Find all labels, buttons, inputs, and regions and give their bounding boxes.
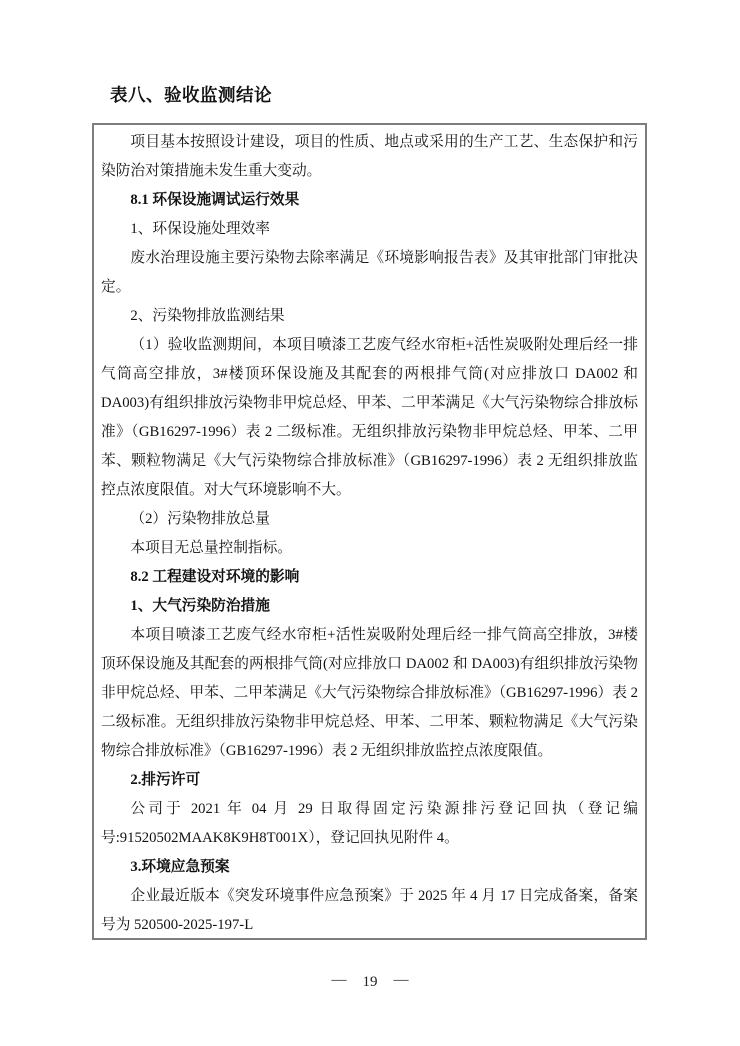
content-paragraph: （1）验收监测期间，本项目喷漆工艺废气经水帘柜+活性炭吸附处理后经一排气筒高空排… (101, 331, 638, 505)
conclusion-content-box: 项目基本按照设计建设，项目的性质、地点或采用的生产工艺、生态保护和污染防治对策措… (92, 123, 647, 940)
footer-right-dash: — (394, 972, 409, 989)
content-paragraph: 企业最近版本《突发环境事件应急预案》于 2025 年 4 月 17 日完成备案，… (101, 882, 638, 940)
footer-left-dash: — (332, 972, 347, 989)
page-footer: —19— (0, 974, 740, 991)
content-paragraph: 1、环保设施处理效率 (101, 215, 638, 244)
content-paragraph: 本项目喷漆工艺废气经水帘柜+活性炭吸附处理后经一排气筒高空排放，3#楼顶环保设施… (101, 621, 638, 766)
content-heading: 8.1 环保设施调试运行效果 (101, 186, 638, 215)
page-title: 表八、验收监测结论 (110, 82, 272, 107)
content-heading: 2.排污许可 (101, 766, 638, 795)
content-heading: 3.环境应急预案 (101, 853, 638, 882)
content-paragraph: 本项目无总量控制指标。 (101, 534, 638, 563)
content-heading: 8.2 工程建设对环境的影响 (101, 563, 638, 592)
page-number: 19 (363, 974, 378, 991)
content-heading: 1、大气污染防治措施 (101, 592, 638, 621)
content-paragraph: 公司于 2021 年 04 月 29 日取得固定污染源排污登记回执（登记编号:9… (101, 795, 638, 853)
content-paragraph: 废水治理设施主要污染物去除率满足《环境影响报告表》及其审批部门审批决定。 (101, 244, 638, 302)
content-paragraph: 项目基本按照设计建设，项目的性质、地点或采用的生产工艺、生态保护和污染防治对策措… (101, 128, 638, 186)
content-paragraph: （2）污染物排放总量 (101, 505, 638, 534)
content-paragraph: 2、污染物排放监测结果 (101, 302, 638, 331)
